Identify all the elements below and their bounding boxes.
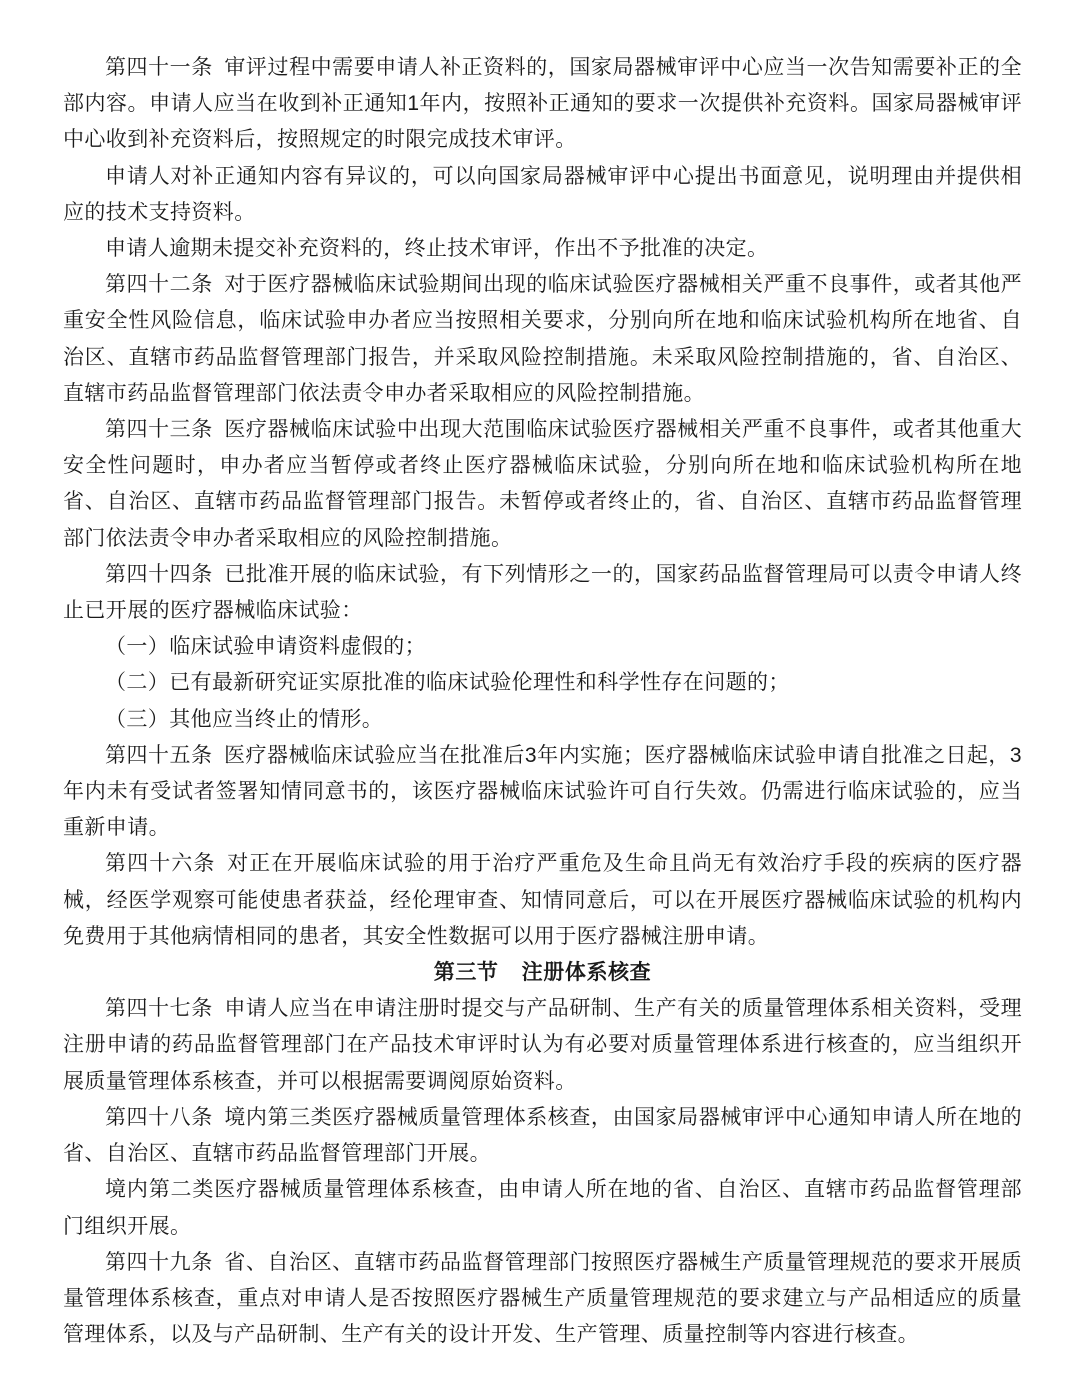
article-41-paragraph: 第四十一条审评过程中需要申请人补正资料的，国家局器械审评中心应当一次告知需要补正… [63,50,1022,159]
article-number: 第四十九条 [105,1251,213,1274]
article-47-paragraph: 第四十七条申请人应当在申请注册时提交与产品研制、生产有关的质量管理体系相关资料，… [63,991,1022,1100]
article-48-paragraph-2: 境内第二类医疗器械质量管理体系核查，由申请人所在地的省、自治区、直辖市药品监督管… [63,1172,1022,1244]
article-44-item-3: （三）其他应当终止的情形。 [63,702,1022,738]
section-3-heading: 第三节注册体系核查 [63,955,1022,991]
article-number: 第四十一条 [105,56,213,79]
section-title: 注册体系核查 [522,961,652,984]
list-item-text: （一）临床试验申请资料虚假的； [105,635,426,658]
article-number: 第四十四条 [105,563,213,586]
article-number: 第四十五条 [105,744,212,767]
article-number: 第四十三条 [105,418,213,441]
article-45-paragraph: 第四十五条医疗器械临床试验应当在批准后3年内实施；医疗器械临床试验申请自批准之日… [63,738,1022,847]
section-number: 第三节 [434,961,499,984]
article-number: 第四十七条 [105,997,213,1020]
article-48-paragraph: 第四十八条境内第三类医疗器械质量管理体系核查，由国家局器械审评中心通知申请人所在… [63,1100,1022,1172]
article-43-paragraph: 第四十三条医疗器械临床试验中出现大范围临床试验医疗器械相关严重不良事件，或者其他… [63,412,1022,557]
article-number: 第四十六条 [105,852,216,875]
article-49-paragraph: 第四十九条省、自治区、直辖市药品监督管理部门按照医疗器械生产质量管理规范的要求开… [63,1245,1022,1354]
article-44-item-1: （一）临床试验申请资料虚假的； [63,629,1022,665]
paragraph-text: 申请人对补正通知内容有异议的，可以向国家局器械审评中心提出书面意见，说明理由并提… [63,165,1022,224]
paragraph-text: 申请人逾期未提交补充资料的，终止技术审评，作出不予批准的决定。 [105,237,768,260]
article-number: 第四十二条 [105,273,213,296]
paragraph-text: 境内第二类医疗器械质量管理体系核查，由申请人所在地的省、自治区、直辖市药品监督管… [63,1178,1022,1237]
article-41-paragraph-2: 申请人对补正通知内容有异议的，可以向国家局器械审评中心提出书面意见，说明理由并提… [63,159,1022,231]
article-44-item-2: （二）已有最新研究证实原批准的临床试验伦理性和科学性存在问题的； [63,665,1022,701]
list-item-text: （二）已有最新研究证实原批准的临床试验伦理性和科学性存在问题的； [105,671,790,694]
article-44-paragraph: 第四十四条已批准开展的临床试验，有下列情形之一的，国家药品监督管理局可以责令申请… [63,557,1022,629]
document-page: 第四十一条审评过程中需要申请人补正资料的，国家局器械审评中心应当一次告知需要补正… [0,0,1080,1398]
article-42-paragraph: 第四十二条对于医疗器械临床试验期间出现的临床试验医疗器械相关严重不良事件，或者其… [63,267,1022,412]
list-item-text: （三）其他应当终止的情形。 [105,708,383,731]
article-number: 第四十八条 [105,1106,213,1129]
article-41-paragraph-3: 申请人逾期未提交补充资料的，终止技术审评，作出不予批准的决定。 [63,231,1022,267]
article-46-paragraph: 第四十六条对正在开展临床试验的用于治疗严重危及生命且尚无有效治疗手段的疾病的医疗… [63,846,1022,955]
